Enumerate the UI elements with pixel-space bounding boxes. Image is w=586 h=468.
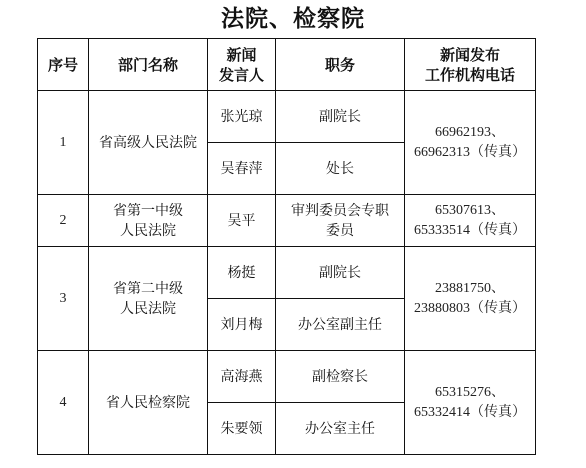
table-row: 2 省第一中级 人民法院 吴平 审判委员会专职 委员 65307613、 653… xyxy=(38,195,536,247)
spokesperson-position: 副院长 xyxy=(276,91,405,143)
phone-line2: 66962313（传真） xyxy=(407,143,533,163)
row-index: 3 xyxy=(38,247,89,351)
row-department: 省第二中级 人民法院 xyxy=(89,247,208,351)
spokesperson-name: 杨挺 xyxy=(208,247,276,299)
spokesperson-position: 办公室副主任 xyxy=(276,299,405,351)
spokesperson-position: 办公室主任 xyxy=(276,403,405,455)
header-phone-line2: 工作机构电话 xyxy=(407,65,533,85)
phone-line2: 23880803（传真） xyxy=(407,299,533,319)
phone-line1: 65307613、 xyxy=(407,201,533,221)
row-department: 省高级人民法院 xyxy=(89,91,208,195)
row-department: 省人民检察院 xyxy=(89,351,208,455)
phone-line1: 65315276、 xyxy=(407,383,533,403)
row-index: 1 xyxy=(38,91,89,195)
row-department: 省第一中级 人民法院 xyxy=(89,195,208,247)
header-index: 序号 xyxy=(38,39,89,91)
spokesperson-contact-table: 序号 部门名称 新闻 发言人 职务 新闻发布 工作机构电话 1 省高级人民法院 … xyxy=(37,38,536,455)
spokesperson-name: 高海燕 xyxy=(208,351,276,403)
department-line1: 省人民检察院 xyxy=(91,393,205,413)
table-row: 4 省人民检察院 高海燕 副检察长 65315276、 65332414（传真） xyxy=(38,351,536,403)
row-phone: 65315276、 65332414（传真） xyxy=(405,351,536,455)
header-position: 职务 xyxy=(276,39,405,91)
phone-line1: 66962193、 xyxy=(407,123,533,143)
header-spokesperson-line2: 发言人 xyxy=(210,65,273,85)
position-line1: 审判委员会专职 xyxy=(278,201,402,221)
row-index: 4 xyxy=(38,351,89,455)
table-row: 3 省第二中级 人民法院 杨挺 副院长 23881750、 23880803（传… xyxy=(38,247,536,299)
header-phone: 新闻发布 工作机构电话 xyxy=(405,39,536,91)
spokesperson-name: 张光琼 xyxy=(208,91,276,143)
spokesperson-name: 吴平 xyxy=(208,195,276,247)
page-title: 法院、检察院 xyxy=(0,3,586,35)
header-department: 部门名称 xyxy=(89,39,208,91)
header-spokesperson: 新闻 发言人 xyxy=(208,39,276,91)
table-header-row: 序号 部门名称 新闻 发言人 职务 新闻发布 工作机构电话 xyxy=(38,39,536,91)
phone-line2: 65332414（传真） xyxy=(407,403,533,423)
department-line1: 省第二中级 xyxy=(91,279,205,299)
spokesperson-name: 吴春萍 xyxy=(208,143,276,195)
spokesperson-position: 副检察长 xyxy=(276,351,405,403)
department-line1: 省高级人民法院 xyxy=(91,133,205,153)
position-line2: 委员 xyxy=(278,221,402,241)
header-spokesperson-line1: 新闻 xyxy=(210,45,273,65)
spokesperson-position: 审判委员会专职 委员 xyxy=(276,195,405,247)
row-phone: 66962193、 66962313（传真） xyxy=(405,91,536,195)
phone-line1: 23881750、 xyxy=(407,279,533,299)
spokesperson-name: 朱要领 xyxy=(208,403,276,455)
department-line1: 省第一中级 xyxy=(91,201,205,221)
table-row: 1 省高级人民法院 张光琼 副院长 66962193、 66962313（传真） xyxy=(38,91,536,143)
department-line2: 人民法院 xyxy=(91,299,205,319)
spokesperson-position: 副院长 xyxy=(276,247,405,299)
department-line2: 人民法院 xyxy=(91,221,205,241)
header-phone-line1: 新闻发布 xyxy=(407,45,533,65)
phone-line2: 65333514（传真） xyxy=(407,221,533,241)
row-phone: 23881750、 23880803（传真） xyxy=(405,247,536,351)
row-phone: 65307613、 65333514（传真） xyxy=(405,195,536,247)
spokesperson-position: 处长 xyxy=(276,143,405,195)
spokesperson-name: 刘月梅 xyxy=(208,299,276,351)
row-index: 2 xyxy=(38,195,89,247)
